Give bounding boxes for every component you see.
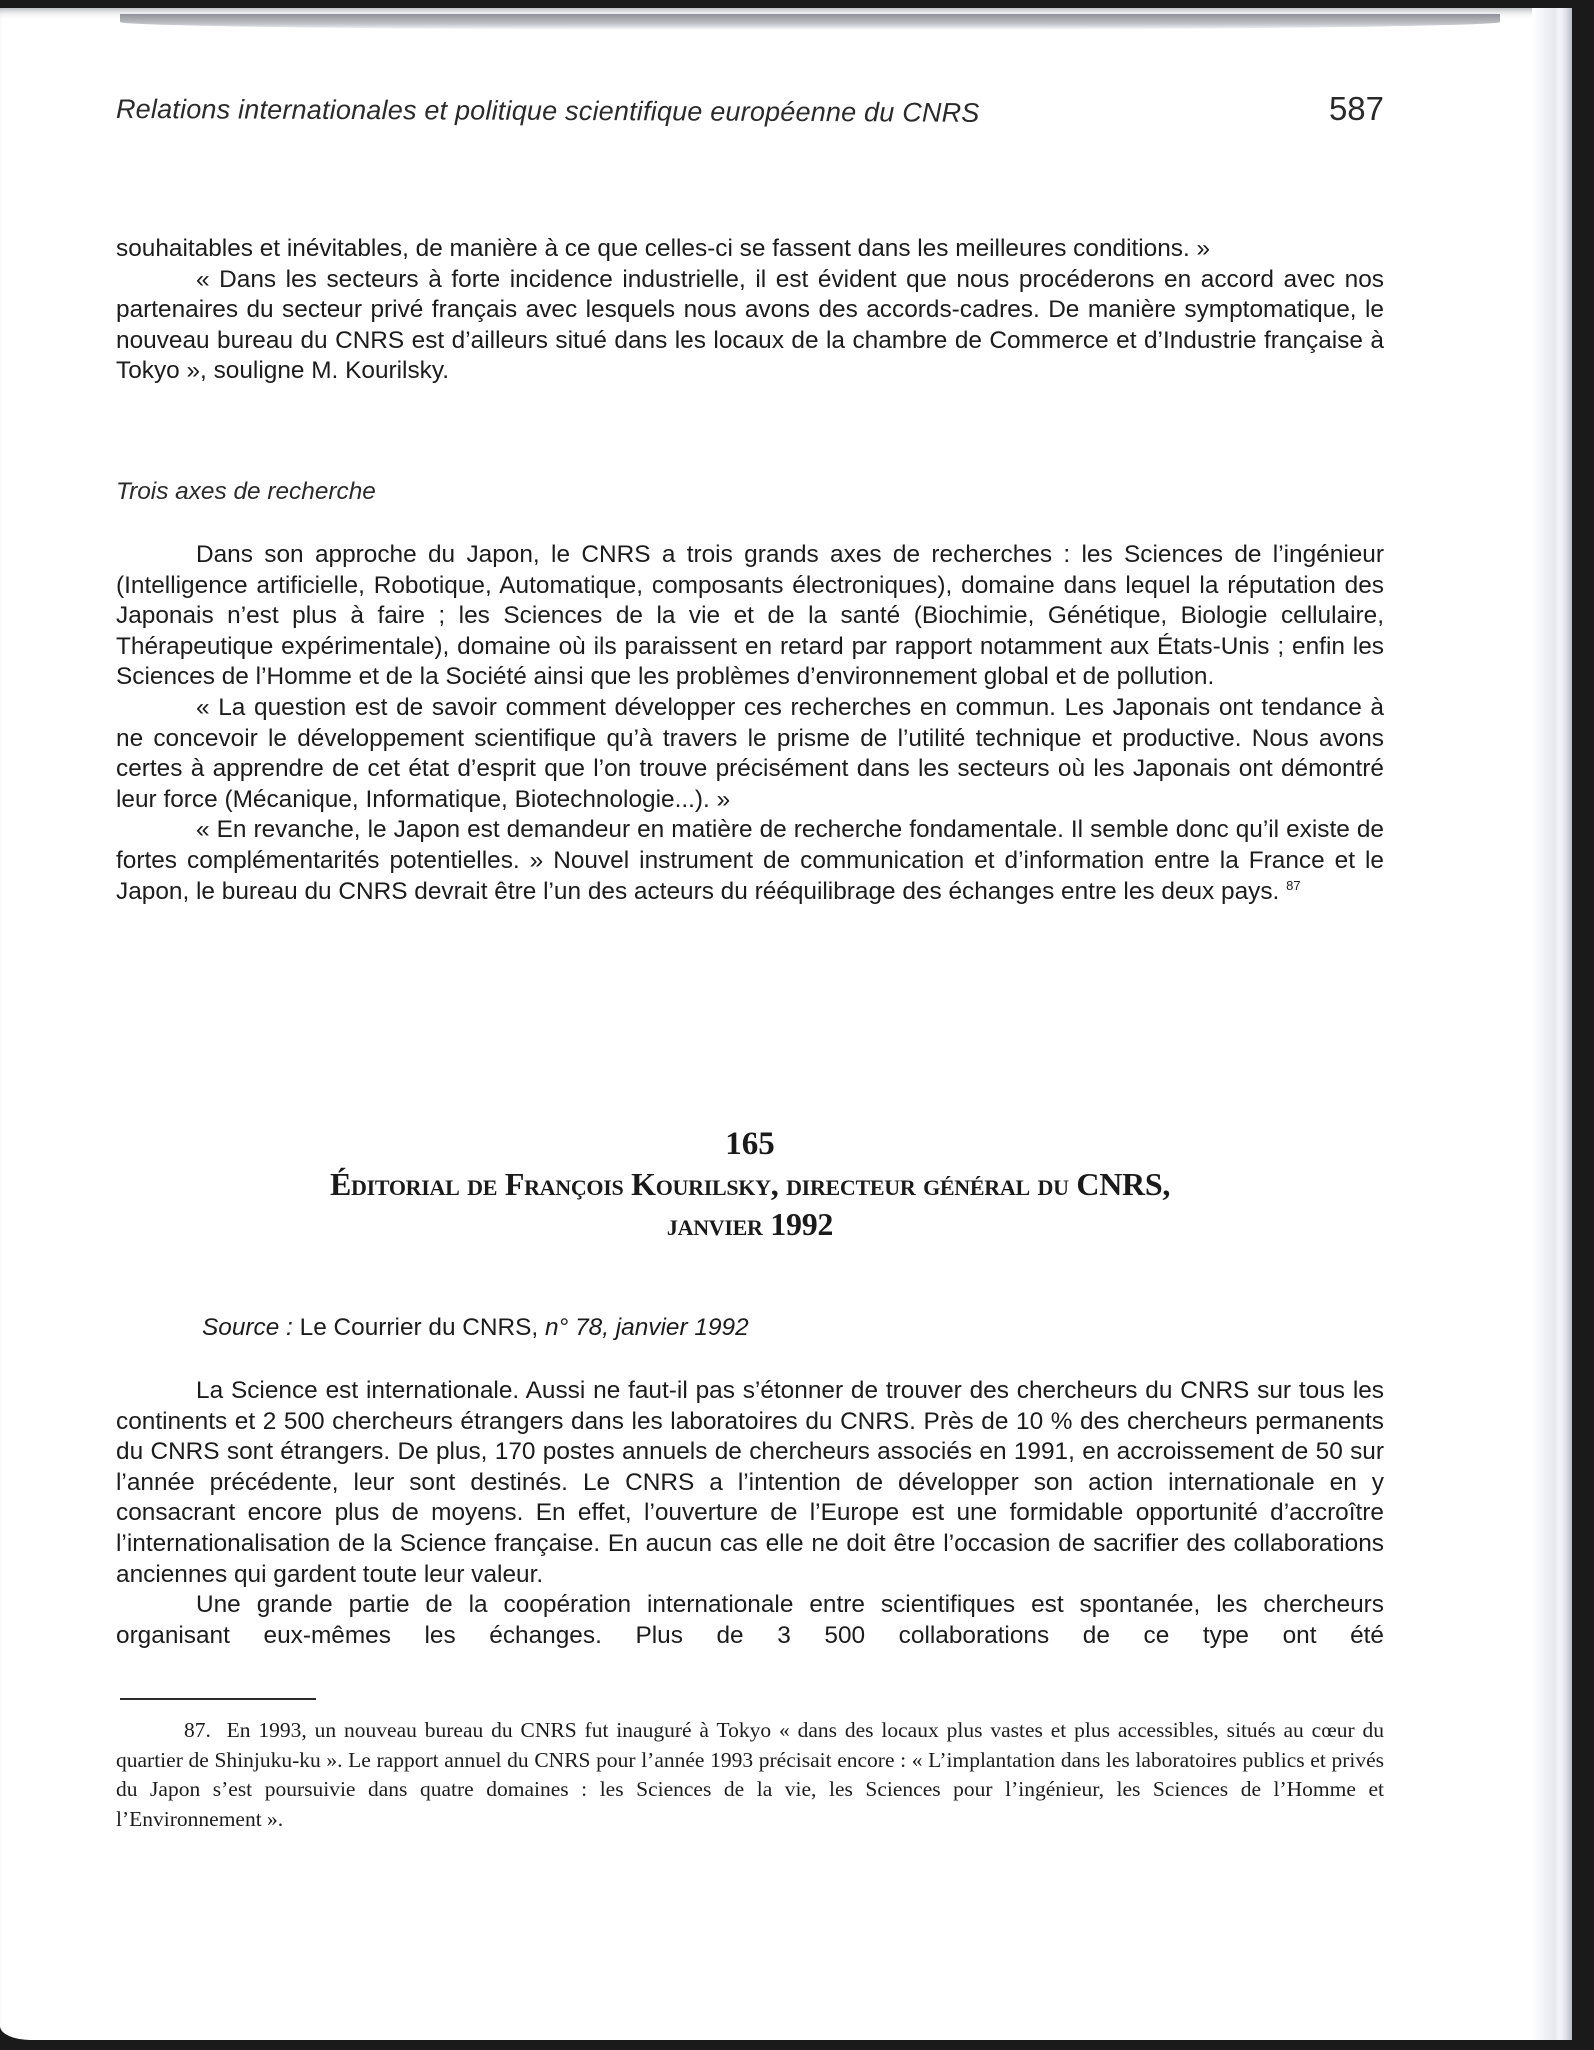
paragraph: souhaitables et inévitables, de manière … (116, 234, 1384, 265)
page-stack-edge (1532, 8, 1572, 2040)
subsection-heading: Trois axes de recherche (116, 478, 376, 506)
editorial-text-block: La Science est internationale. Aussi ne … (116, 1376, 1384, 1651)
section-number: 165 (116, 1124, 1384, 1164)
running-head-title: Relations internationales et politique s… (116, 94, 980, 129)
paragraph: Une grande partie de la coopération inte… (116, 1590, 1384, 1651)
section-heading: 165 Éditorial de François Kourilsky, dir… (116, 1124, 1384, 1244)
scan-background: Relations internationales et politique s… (0, 0, 1594, 2050)
page-curl-shadow (120, 14, 1500, 30)
section-title-line-1: Éditorial de François Kourilsky, directe… (116, 1164, 1384, 1204)
book-page: Relations internationales et politique s… (0, 8, 1572, 2040)
section-title-line-2: janvier 1992 (116, 1204, 1384, 1244)
opening-text-block: souhaitables et inévitables, de manière … (116, 234, 1384, 387)
paragraph: Dans son approche du Japon, le CNRS a tr… (116, 540, 1384, 693)
subsection-text-block: Dans son approche du Japon, le CNRS a tr… (116, 540, 1384, 907)
running-head: Relations internationales et politique s… (116, 94, 1384, 134)
paragraph: La Science est internationale. Aussi ne … (116, 1376, 1384, 1590)
page-number: 587 (1329, 90, 1384, 128)
source-issue: n° 78, janvier 1992 (545, 1314, 749, 1341)
footnote-reference[interactable]: 87 (1286, 878, 1300, 893)
paragraph: « La question est de savoir comment déve… (116, 693, 1384, 815)
footnote-divider (120, 1698, 316, 1700)
footnotes: 87. En 1993, un nouveau bureau du CNRS f… (116, 1716, 1384, 1834)
footnote-text: En 1993, un nouveau bureau du CNRS fut i… (116, 1718, 1384, 1831)
footnote-number: 87. (184, 1718, 211, 1742)
footnote-87: 87. En 1993, un nouveau bureau du CNRS f… (116, 1716, 1384, 1834)
source-citation: Source : Le Courrier du CNRS, n° 78, jan… (202, 1314, 749, 1342)
source-publication: Le Courrier du CNRS, (300, 1314, 539, 1341)
paragraph: « Dans les secteurs à forte incidence in… (116, 265, 1384, 387)
paragraph-text: « En revanche, le Japon est demandeur en… (116, 816, 1384, 904)
paragraph-with-footnote: « En revanche, le Japon est demandeur en… (116, 815, 1384, 907)
source-label: Source : (202, 1314, 293, 1341)
